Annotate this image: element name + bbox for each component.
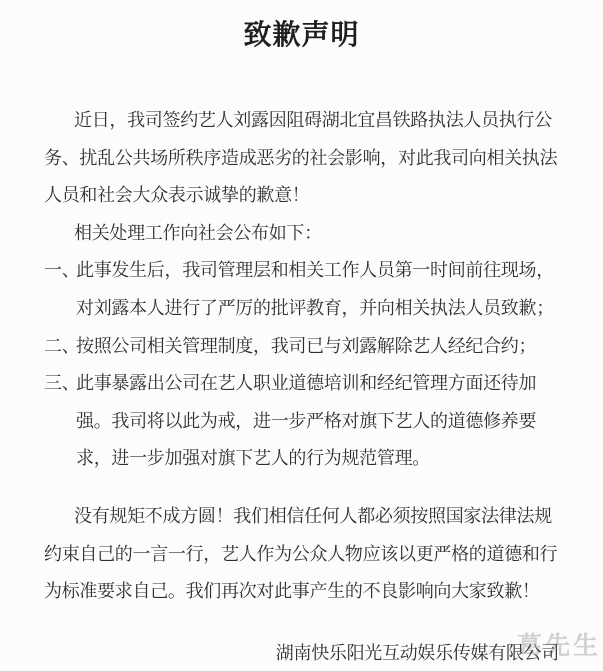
statement-line: 强。我司将以此为戒，进一步严格对旗下艺人的道德修养要 (44, 403, 565, 441)
statement-line: 相关处理工作向社会公布如下： (44, 215, 565, 253)
statement-line: 务、扰乱公共场所秩序造成恶劣的社会影响，对此我司向相关执法 (44, 140, 565, 178)
statement-title: 致歉声明 (0, 0, 603, 52)
statement-line: 人员和社会大众表示诚挚的歉意！ (44, 177, 565, 215)
list-item: 一、 此事发生后，我司管理层和相关工作人员第一时间前往现场， (44, 252, 565, 290)
list-item-number: 三、 (44, 365, 76, 403)
statement-line: 此事发生后，我司管理层和相关工作人员第一时间前往现场， (76, 252, 554, 290)
statement-line: 约束自己的一言一行，艺人作为公众人物应该以更严格的道德和行 (44, 536, 565, 574)
statement-line: 求，进一步加强对旗下艺人的行为规范管理。 (44, 440, 565, 478)
list-item: 二、 按照公司相关管理制度，我司已与刘露解除艺人经纪合约； (44, 328, 565, 366)
list-item-number: 一、 (44, 252, 76, 290)
apology-statement-page: 致歉声明 近日，我司签约艺人刘露因阻碍湖北宜昌铁路执法人员执行公 务、扰乱公共场… (0, 0, 603, 671)
statement-line: 对刘露本人进行了严厉的批评教育，并向相关执法人员致歉； (44, 290, 565, 328)
statement-line: 为标准要求自己。我们再次对此事产生的不良影响向大家致歉！ (44, 573, 565, 611)
statement-line: 没有规矩不成方圆！我们相信任何人都必须按照国家法律法规 (44, 498, 565, 536)
company-signature: 湖南快乐阳光互动娱乐传媒有限公司 (44, 635, 565, 671)
list-item: 三、 此事暴露出公司在艺人职业道德培训和经纪管理方面还待加 (44, 365, 565, 403)
list-item-number: 二、 (44, 328, 76, 366)
statement-body: 近日，我司签约艺人刘露因阻碍湖北宜昌铁路执法人员执行公 务、扰乱公共场所秩序造成… (44, 102, 565, 671)
statement-line: 按照公司相关管理制度，我司已与刘露解除艺人经纪合约； (76, 328, 536, 366)
statement-line: 此事暴露出公司在艺人职业道德培训和经纪管理方面还待加 (76, 365, 536, 403)
statement-line: 近日，我司签约艺人刘露因阻碍湖北宜昌铁路执法人员执行公 (44, 102, 565, 140)
